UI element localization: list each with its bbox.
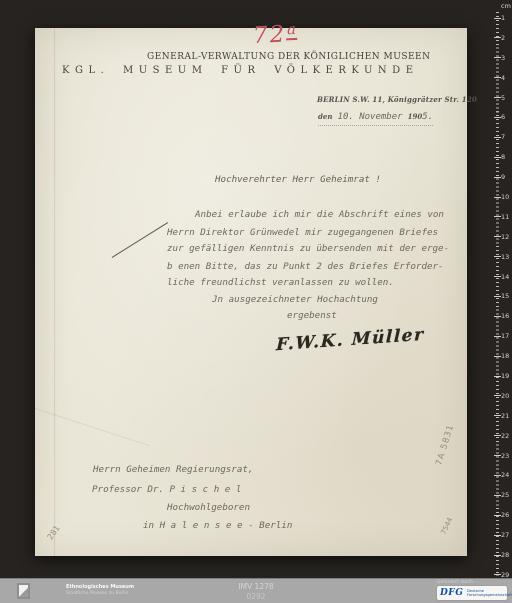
letterhead-address-line: BERLIN S.W. 11, Königgrätzer Str. 120 — [317, 95, 477, 104]
dfg-abbr: DFG — [440, 588, 463, 598]
body-line-4: b enen Bitte, das zu Punkt 2 des Briefes… — [167, 261, 444, 272]
recipient-line-1: Herrn Geheimen Regierungsrat, — [93, 464, 253, 475]
paper-crease — [54, 28, 56, 556]
museum-logo-icon — [17, 583, 30, 599]
recipient-line-3: Hochwohlgeboren — [167, 502, 250, 513]
date-year-typed: 5. — [422, 112, 433, 122]
funding-label: Gefördert durch — [437, 580, 473, 585]
dfg-name-line2: Forschungsgemeinschaft — [467, 593, 512, 597]
shelfmark-line2: 0292 — [206, 592, 306, 601]
date-prefix: den — [318, 112, 332, 121]
folio-suffix: a — [286, 20, 298, 41]
folio-number: 72 — [252, 21, 287, 49]
salutation: Hochverehrter Herr Geheimrat ! — [215, 174, 381, 185]
paper-crease-diagonal — [35, 408, 149, 446]
recipient-line-4: in H a l e n s e e - Berlin — [143, 520, 292, 531]
dfg-name: Deutsche Forschungsgemeinschaft — [467, 589, 512, 597]
date-typed: 10. November — [338, 112, 403, 122]
letterhead-line1: GENERAL-VERWALTUNG DER KÖNIGLICHEN MUSEE… — [147, 52, 431, 62]
body-line-2: Herrn Direktor Grünwedel mir zugegangene… — [167, 227, 438, 238]
red-folio-number: 72a — [252, 21, 298, 49]
dfg-logo: DFG Deutsche Forschungsgemeinschaft — [437, 586, 507, 600]
body-line-1: Anbei erlaube ich mir die Abschrift eine… — [195, 209, 444, 220]
shelfmark-line1: IMV 1278 — [206, 582, 306, 591]
museum-organization: Staatliche Museen zu Berlin — [66, 591, 129, 596]
body-line-5: liche freundlichst veranlassen zu wollen… — [167, 277, 394, 288]
body-line-3: zur gefälligen Kenntnis zu übersenden mi… — [167, 243, 449, 254]
closing-ergebenst: ergebenst — [287, 310, 337, 321]
letterhead-line2: KGL. MUSEUM FÜR VÖLKERKUNDE — [62, 65, 419, 76]
scan-background: 72a GENERAL-VERWALTUNG DER KÖNIGLICHEN M… — [0, 0, 512, 603]
closing-line: Jn ausgezeichneter Hochachtung — [212, 294, 378, 305]
footer-bar: Ethnologisches Museum Staatliche Museen … — [0, 578, 512, 603]
museum-name: Ethnologisches Museum — [66, 584, 134, 590]
recipient-line-2: Professor Dr. P i s c h e l — [92, 484, 241, 495]
cm-ruler: cm12345678910111213141516171819202122232… — [490, 0, 512, 578]
date-line: den 10. November 1905. — [318, 104, 433, 126]
date-year-printed: 190 — [408, 112, 423, 121]
